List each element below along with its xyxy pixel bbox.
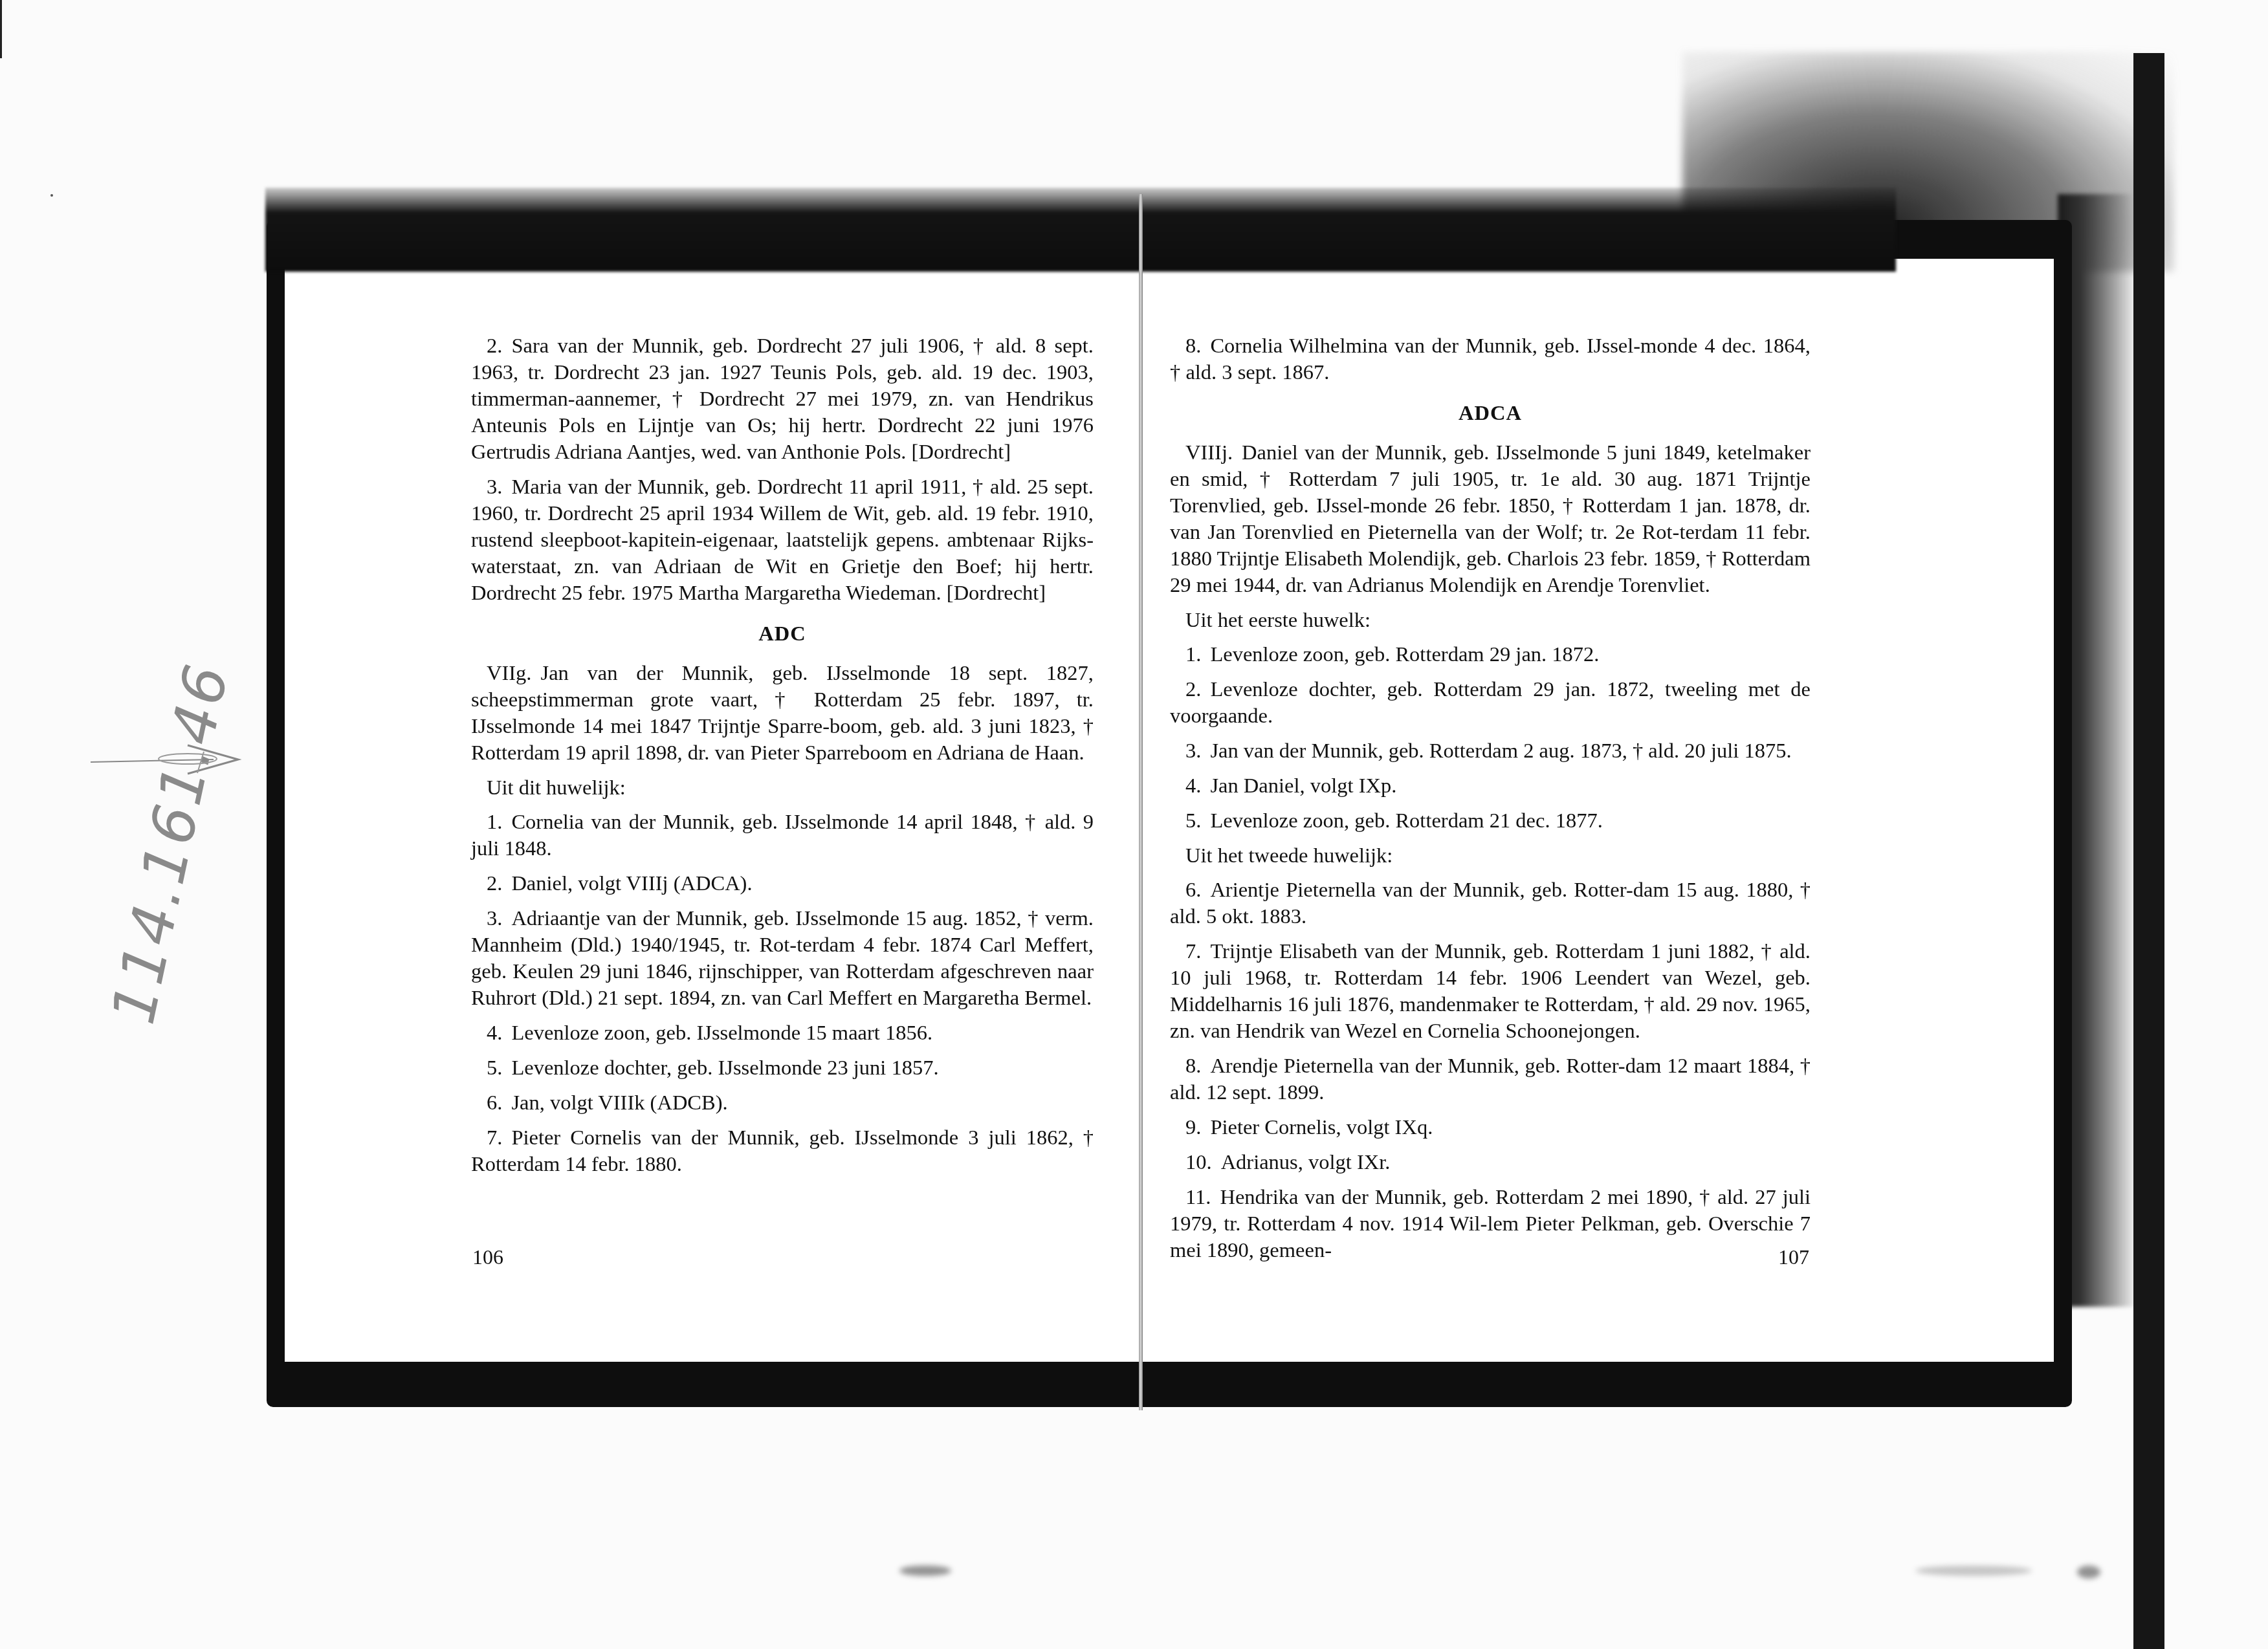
genealogy-entry: 5.Levenloze zoon, geb. Rotterdam 21 dec.…: [1170, 808, 1811, 835]
entry-text: Levenloze zoon, geb. IJsselmonde 15 maar…: [511, 1021, 932, 1045]
genealogy-entry: 10.Adrianus, volgt IXr.: [1170, 1150, 1811, 1176]
entry-text: Levenloze dochter, geb. IJsselmonde 23 j…: [511, 1056, 938, 1080]
genealogy-entry: 2.Levenloze dochter, geb. Rotterdam 29 j…: [1170, 677, 1811, 730]
entry-number: 8.: [1185, 334, 1201, 358]
entry-text: Maria van der Munnik, geb. Dordrecht 11 …: [471, 475, 1094, 605]
entry-number: 7.: [1185, 940, 1201, 963]
entry-text: Levenloze zoon, geb. Rotterdam 21 dec. 1…: [1210, 809, 1602, 833]
entry-number: 2.: [487, 334, 502, 358]
main-entry: VIIg.Jan van der Munnik, geb. IJsselmond…: [471, 661, 1094, 767]
genealogy-entry: 7.Pieter Cornelis van der Munnik, geb. I…: [471, 1125, 1094, 1178]
left-page: 2.Sara van der Munnik, geb. Dordrecht 27…: [471, 333, 1094, 1186]
scanner-edge-bar: [2133, 53, 2164, 1649]
entry-number: 3.: [487, 475, 502, 499]
toner-smudge: [1915, 1566, 2032, 1576]
section-heading: ADC: [471, 621, 1094, 648]
entry-text: Levenloze zoon, geb. Rotterdam 29 jan. 1…: [1210, 643, 1599, 666]
genealogy-entry: 8.Arendje Pieternella van der Munnik, ge…: [1170, 1053, 1811, 1106]
genealogy-entry: 3.Adriaantje van der Munnik, geb. IJssel…: [471, 906, 1094, 1012]
genealogy-entry: 2.Daniel, volgt VIIIj (ADCA).: [471, 871, 1094, 897]
entry-number: 4.: [1185, 774, 1201, 798]
genealogy-entry: 9.Pieter Cornelis, volgt IXq.: [1170, 1115, 1811, 1141]
entry-text: Pieter Cornelis van der Munnik, geb. IJs…: [471, 1126, 1094, 1176]
entry-text: Jan van der Munnik, geb. Rotterdam 2 aug…: [1210, 739, 1791, 763]
genealogy-entry: 1.Cornelia van der Munnik, geb. IJsselmo…: [471, 809, 1094, 862]
entry-text: Adrianus, volgt IXr.: [1221, 1151, 1391, 1174]
entry-number: 4.: [487, 1021, 502, 1045]
section-heading: ADCA: [1170, 400, 1811, 427]
book-gutter: [1139, 194, 1143, 1410]
entry-number: 6.: [1185, 879, 1201, 902]
entry-text: Arendje Pieternella van der Munnik, geb.…: [1170, 1054, 1811, 1104]
handwritten-reference-number: 114.161.46: [98, 657, 242, 1030]
genealogy-entry: 7.Trijntje Elisabeth van der Munnik, geb…: [1170, 939, 1811, 1045]
entry-text: Adriaantje van der Munnik, geb. IJsselmo…: [471, 907, 1094, 1010]
entry-number: 10.: [1185, 1151, 1212, 1174]
genealogy-entry: 1.Levenloze zoon, geb. Rotterdam 29 jan.…: [1170, 642, 1811, 668]
scan-speck: [50, 194, 53, 197]
genealogy-entry: 3.Maria van der Munnik, geb. Dordrecht 1…: [471, 474, 1094, 607]
right-page: 8.Cornelia Wilhelmina van der Munnik, ge…: [1170, 333, 1811, 1272]
genealogy-entry: 4.Levenloze zoon, geb. IJsselmonde 15 ma…: [471, 1020, 1094, 1047]
entry-text: Arientje Pieternella van der Munnik, geb…: [1170, 879, 1811, 928]
entry-number: 5.: [487, 1056, 502, 1080]
entry-text: Cornelia van der Munnik, geb. IJsselmond…: [471, 811, 1094, 860]
toner-smudge: [2077, 1566, 2100, 1578]
main-entry: VIIIj.Daniel van der Munnik, geb. IJssel…: [1170, 440, 1811, 599]
entry-number: 5.: [1185, 809, 1201, 833]
genealogy-entry: 2.Sara van der Munnik, geb. Dordrecht 27…: [471, 333, 1094, 466]
genealogy-entry: 4.Jan Daniel, volgt IXp.: [1170, 773, 1811, 800]
scan-edge-line: [0, 0, 2, 58]
top-dark-band: [265, 188, 1896, 272]
page-number: 106: [472, 1245, 503, 1269]
arrow-right-icon: [91, 737, 246, 776]
entry-number: 3.: [487, 907, 502, 930]
entry-number: 1.: [487, 811, 502, 834]
entry-text: Trijntje Elisabeth van der Munnik, geb. …: [1170, 940, 1811, 1043]
genealogy-entry: 3.Jan van der Munnik, geb. Rotterdam 2 a…: [1170, 738, 1811, 765]
first-marriage-intro: Uit het eerste huwelk:: [1170, 607, 1811, 634]
genealogy-entry: 8.Cornelia Wilhelmina van der Munnik, ge…: [1170, 333, 1811, 386]
genealogy-entry: 11.Hendrika van der Munnik, geb. Rotterd…: [1170, 1185, 1811, 1264]
second-marriage-intro: Uit het tweede huwelijk:: [1170, 843, 1811, 869]
entry-text: Levenloze dochter, geb. Rotterdam 29 jan…: [1170, 678, 1811, 728]
entry-text: Sara van der Munnik, geb. Dordrecht 27 j…: [471, 334, 1094, 464]
children-intro: Uit dit huwelijk:: [471, 775, 1094, 802]
entry-text: Hendrika van der Munnik, geb. Rotterdam …: [1170, 1186, 1811, 1262]
entry-number: 9.: [1185, 1116, 1201, 1139]
entry-text: Jan, volgt VIIIk (ADCB).: [511, 1091, 727, 1115]
entry-number: 8.: [1185, 1054, 1201, 1078]
genealogy-entry: 6.Jan, volgt VIIIk (ADCB).: [471, 1090, 1094, 1117]
entry-number: 6.: [487, 1091, 502, 1115]
entry-text: Pieter Cornelis, volgt IXq.: [1210, 1116, 1433, 1139]
entry-number: 2.: [487, 872, 502, 895]
genealogy-entry: 5.Levenloze dochter, geb. IJsselmonde 23…: [471, 1055, 1094, 1082]
entry-text: Jan Daniel, volgt IXp.: [1210, 774, 1396, 798]
genealogy-entry: 6.Arientje Pieternella van der Munnik, g…: [1170, 877, 1811, 930]
entry-number: 11.: [1185, 1186, 1211, 1209]
entry-number: 2.: [1185, 678, 1201, 701]
entry-number: 1.: [1185, 643, 1201, 666]
entry-text: Cornelia Wilhelmina van der Munnik, geb.…: [1170, 334, 1811, 384]
page-number: 107: [1778, 1245, 1809, 1269]
entry-text: Daniel, volgt VIIIj (ADCA).: [511, 872, 752, 895]
entry-number: 7.: [487, 1126, 502, 1150]
toner-smudge: [899, 1566, 951, 1576]
entry-number: 3.: [1185, 739, 1201, 763]
